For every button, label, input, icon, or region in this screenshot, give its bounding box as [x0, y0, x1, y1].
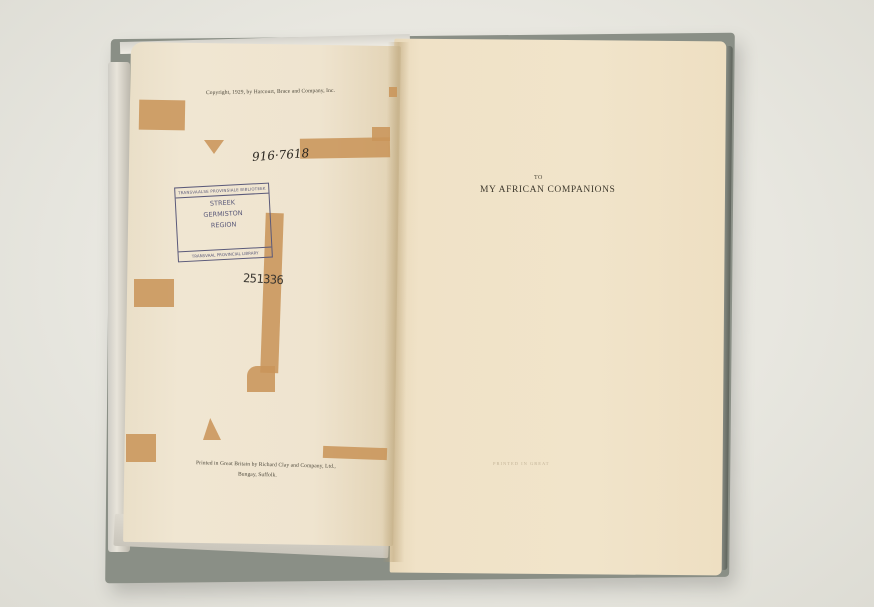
printer-imprint-line: Bungay, Suffolk. [238, 471, 277, 478]
tape-residue [389, 87, 397, 97]
library-stamp: TRANSVAALSE PROVINSIALE BIBLIOTEEK STREE… [174, 183, 273, 263]
tape-residue [204, 140, 224, 154]
tape-residue [139, 100, 186, 131]
right-page [390, 39, 727, 576]
dedication-text: MY AFRICAN COMPANIONS [480, 185, 615, 195]
tape-residue [372, 127, 390, 141]
tape-residue [247, 366, 275, 392]
tape-residue [134, 279, 174, 307]
bleed-through-text: PRINTED IN GREAT [493, 461, 550, 466]
accession-number: 251336 [243, 271, 284, 287]
tape-residue [323, 446, 387, 460]
dedication-prefix: TO [534, 175, 543, 181]
tape-residue [126, 434, 156, 462]
